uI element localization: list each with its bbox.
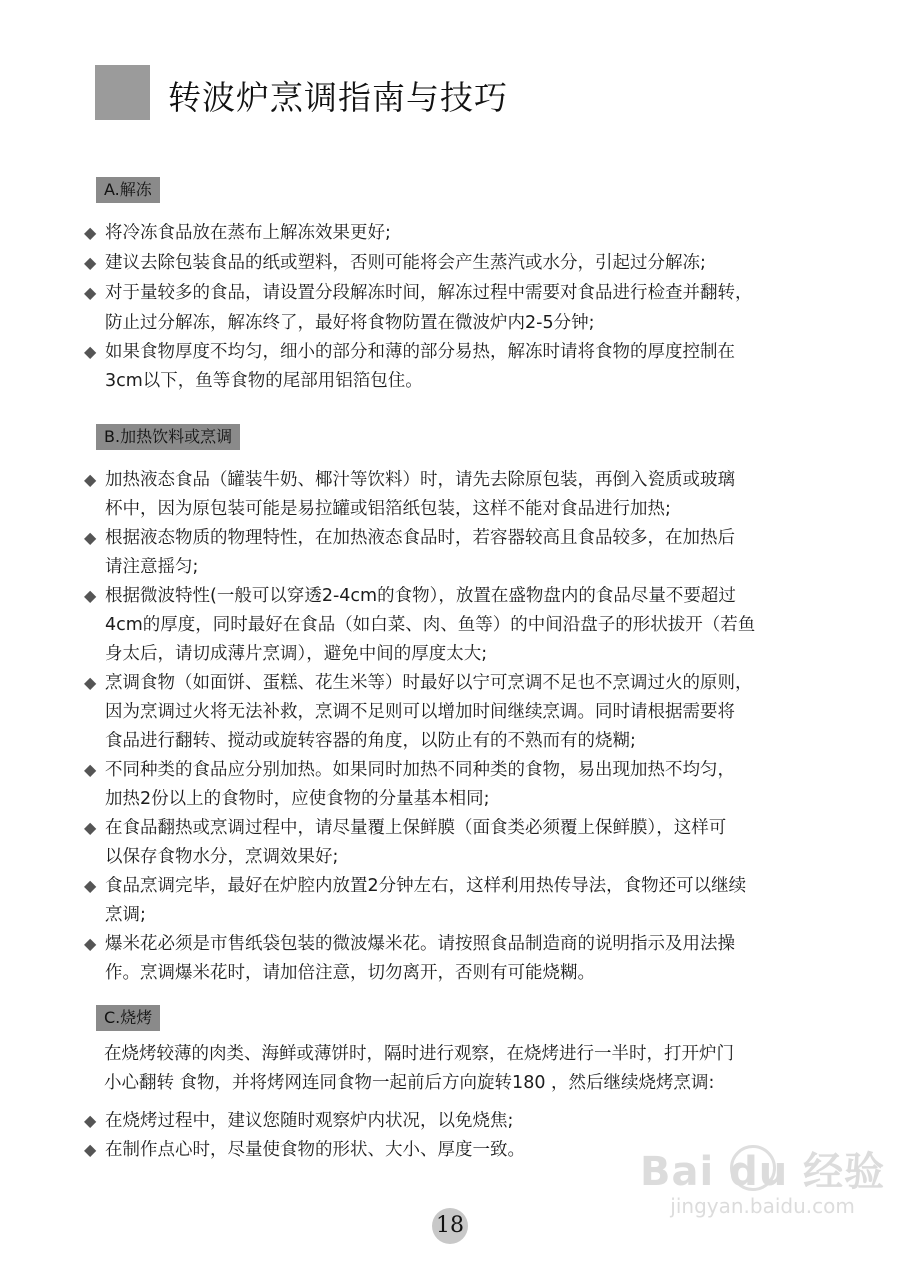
section-b-line-16: 烹调; bbox=[105, 902, 146, 928]
page-title: 转波炉烹调指南与技巧 bbox=[168, 72, 508, 119]
section-b-line-12: 加热2份以上的食物时，应使食物的分量基本相同; bbox=[105, 786, 490, 812]
section-c-line-1: ◆在烧烤过程中，建议您随时观察炉内状况，以免烧焦; bbox=[84, 1108, 513, 1134]
section-b-line-3: ◆根据液态物质的物理特性，在加热液态食品时，若容器较高且食品较多，在加热后 bbox=[84, 525, 735, 551]
section-b-line-5: ◆根据微波特性(一般可以穿透2-4cm的食物），放置在盛物盘内的食品尽量不要超过 bbox=[84, 583, 736, 609]
diamond-bullet-icon: ◆ bbox=[84, 1108, 105, 1134]
section-a-line-2: ◆建议去除包装食品的纸或塑料，否则可能将会产生蒸汽或水分，引起过分解冻; bbox=[84, 250, 706, 276]
section-b-line-2: 杯中，因为原包装可能是易拉罐或铝箔纸包装，这样不能对食品进行加热; bbox=[105, 496, 671, 522]
diamond-bullet-icon: ◆ bbox=[84, 815, 105, 841]
section-b-line-17: ◆爆米花必须是市售纸袋包装的微波爆米花。请按照食品制造商的说明指示及用法操 bbox=[84, 931, 735, 957]
diamond-bullet-icon: ◆ bbox=[84, 467, 105, 493]
section-c-heading: C.烧烤 bbox=[96, 1005, 160, 1031]
section-b-line-14: 以保存食物水分，烹调效果好; bbox=[105, 844, 338, 870]
diamond-bullet-icon: ◆ bbox=[84, 670, 105, 696]
section-b-heading: B.加热饮料或烹调 bbox=[96, 424, 240, 450]
watermark-brand: Bai du 经验 bbox=[640, 1150, 885, 1194]
section-b-line-18: 作。烹调爆米花时，请加倍注意，切勿离开，否则有可能烧糊。 bbox=[105, 960, 595, 986]
diamond-bullet-icon: ◆ bbox=[84, 280, 105, 306]
section-a-heading: A.解冻 bbox=[96, 177, 160, 203]
section-b-line-7: 身太后，请切成薄片烹调），避免中间的厚度太大; bbox=[105, 641, 487, 667]
watermark-url: jingyan.baidu.com bbox=[640, 1194, 885, 1218]
section-b-line-9: 因为烹调过火将无法补救，烹调不足则可以增加时间继续烹调。同时请根据需要将 bbox=[105, 699, 735, 725]
diamond-bullet-icon: ◆ bbox=[84, 220, 105, 246]
diamond-bullet-icon: ◆ bbox=[84, 1137, 105, 1163]
diamond-bullet-icon: ◆ bbox=[84, 339, 105, 365]
section-c-intro-line-1: 在烧烤较薄的肉类、海鲜或薄饼时，隔时进行观察，在烧烤进行一半时，打开炉门 bbox=[104, 1041, 734, 1067]
section-c-line-2: ◆在制作点心时，尽量使食物的形状、大小、厚度一致。 bbox=[84, 1137, 525, 1163]
section-b-line-6: 4cm的厚度，同时最好在食品（如白菜、肉、鱼等）的中间沿盘子的形状拔开（若鱼 bbox=[105, 612, 755, 638]
diamond-bullet-icon: ◆ bbox=[84, 873, 105, 899]
section-a-line-6: 3cm以下，鱼等食物的尾部用铝箔包住。 bbox=[105, 368, 423, 394]
section-b-line-13: ◆在食品翻热或烹调过程中，请尽量覆上保鲜膜（面食类必须覆上保鲜膜），这样可 bbox=[84, 815, 726, 841]
title-decoration-block bbox=[95, 65, 150, 120]
section-b-line-11: ◆不同种类的食品应分别加热。如果同时加热不同种类的食物，易出现加热不均匀， bbox=[84, 757, 735, 783]
diamond-bullet-icon: ◆ bbox=[84, 583, 105, 609]
section-b-line-8: ◆烹调食物（如面饼、蛋糕、花生米等）时最好以宁可烹调不足也不烹调过火的原则， bbox=[84, 670, 753, 696]
section-a-line-3: ◆对于量较多的食品，请设置分段解冻时间，解冻过程中需要对食品进行检查并翻转， bbox=[84, 280, 753, 306]
diamond-bullet-icon: ◆ bbox=[84, 250, 105, 276]
page-number-badge: 18 bbox=[432, 1208, 468, 1244]
diamond-bullet-icon: ◆ bbox=[84, 757, 105, 783]
diamond-bullet-icon: ◆ bbox=[84, 525, 105, 551]
section-c-intro-line-2: 小心翻转 食物，并将烤网连同食物一起前后方向旋转180 ，然后继续烧烤烹调: bbox=[104, 1070, 714, 1096]
baidu-watermark: Bai du 经验 jingyan.baidu.com bbox=[640, 1150, 885, 1218]
diamond-bullet-icon: ◆ bbox=[84, 931, 105, 957]
section-a-line-4: 防止过分解冻，解冻终了，最好将食物防置在微波炉内2-5分钟; bbox=[105, 310, 594, 336]
section-b-line-15: ◆食品烹调完毕，最好在炉腔内放置2分钟左右，这样利用热传导法，食物还可以继续 bbox=[84, 873, 746, 899]
section-b-line-4: 请注意摇匀; bbox=[105, 554, 198, 580]
section-b-line-10: 食品进行翻转、搅动或旋转容器的角度，以防止有的不熟而有的烧糊; bbox=[105, 728, 636, 754]
section-a-line-5: ◆如果食物厚度不均匀，细小的部分和薄的部分易热，解冻时请将食物的厚度控制在 bbox=[84, 339, 735, 365]
section-b-line-1: ◆加热液态食品（罐装牛奶、椰汁等饮料）时，请先去除原包装，再倒入瓷质或玻璃 bbox=[84, 467, 735, 493]
section-a-line-1: ◆将冷冻食品放在蒸布上解冻效果更好; bbox=[84, 220, 391, 246]
